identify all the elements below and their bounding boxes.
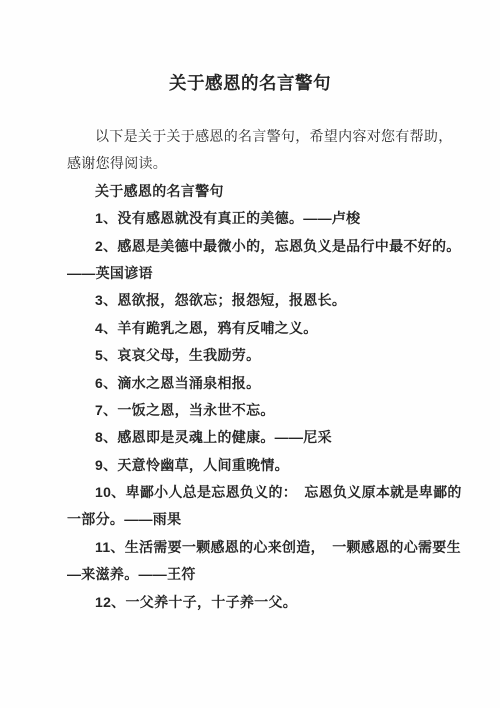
text-line: 4、羊有跪乳之恩，鸦有反哺之义。: [67, 315, 460, 342]
text-line: 10、卑鄙小人总是忘恩负义的： 忘恩负义原本就是卑鄙的: [67, 479, 460, 506]
text-line: 1、没有感恩就没有真正的美德。——卢梭: [67, 205, 460, 232]
text-line: 12、一父养十子，十子养一父。: [67, 589, 460, 616]
text-line: 9、天意怜幽草，人间重晚情。: [67, 452, 460, 479]
text-line: 感谢您得阅读。: [67, 150, 460, 177]
text-line: 以下是关于关于感恩的名言警句，希望内容对您有帮助，: [67, 123, 460, 150]
text-line: 7、一饭之恩，当永世不忘。: [67, 397, 460, 424]
document-body: 以下是关于关于感恩的名言警句，希望内容对您有帮助，感谢您得阅读。关于感恩的名言警…: [67, 123, 460, 616]
text-line: —来滋养。——王符: [67, 561, 460, 588]
text-line: 关于感恩的名言警句: [67, 178, 460, 205]
page-title: 关于感恩的名言警句: [0, 70, 500, 95]
document-page: 关于感恩的名言警句 以下是关于关于感恩的名言警句，希望内容对您有帮助，感谢您得阅…: [0, 0, 500, 708]
text-line: 3、恩欲报，怨欲忘；报怨短，报恩长。: [67, 287, 460, 314]
text-line: 5、哀哀父母，生我励劳。: [67, 342, 460, 369]
text-line: 8、感恩即是灵魂上的健康。——尼采: [67, 424, 460, 451]
text-line: 11、生活需要一颗感恩的心来创造， 一颗感恩的心需要生: [67, 534, 460, 561]
text-line: 一部分。——雨果: [67, 506, 460, 533]
text-line: 2、感恩是美德中最微小的，忘恩负义是品行中最不好的。: [67, 233, 460, 260]
text-line: ——英国谚语: [67, 260, 460, 287]
text-line: 6、滴水之恩当涌泉相报。: [67, 370, 460, 397]
